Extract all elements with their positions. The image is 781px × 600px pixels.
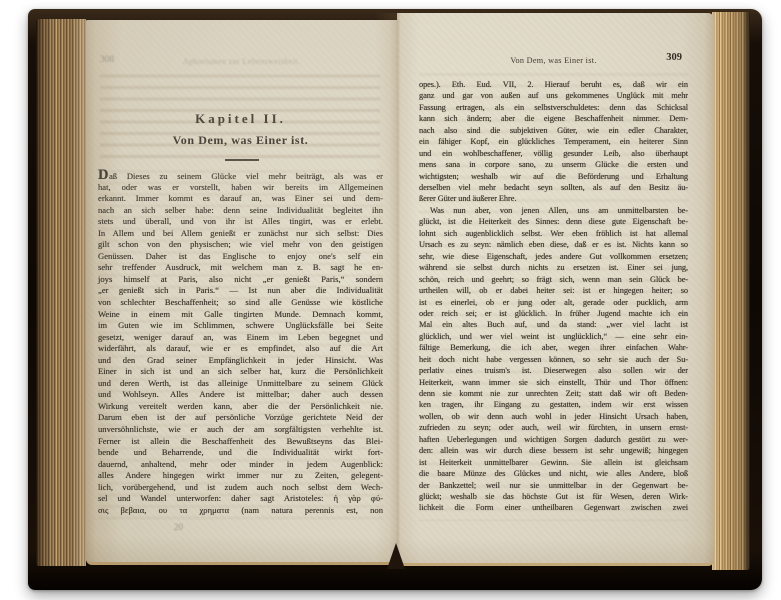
text-line: σις βεβαια, ου τα χρηματα (nam natura pe… xyxy=(98,505,383,517)
left-body-text: Daß Dieses zu seinem Glücke viel mehr be… xyxy=(98,170,383,516)
text-line: und ein wohlbeschaffener, völlig gesunde… xyxy=(419,148,688,159)
text-line: fältige Bemerkung, die ich aber, wegen i… xyxy=(419,342,688,353)
text-line: In Allem und bei Allem genießt er zunäch… xyxy=(98,228,383,240)
text-line: Daß Dieses zu seinem Glücke viel mehr be… xyxy=(98,170,383,182)
text-line: haften Ueberlegungen und wichtigen Sorge… xyxy=(419,434,688,445)
text-line: Mal ein altes Buch auf, und da stand: „w… xyxy=(419,319,688,330)
text-line: mens sana in corpore sano, zu unserm Glü… xyxy=(419,159,688,170)
text-line: urtheilen will, ob er dabei heiter sei: … xyxy=(419,285,688,296)
text-line: erkannt. Immer kommt es darauf an, was E… xyxy=(98,193,383,205)
left-page: 308 Aphorismen zur Lebensweisheit. Kapit… xyxy=(86,20,397,565)
text-line: ßerer Güter und äußerer Ehre. xyxy=(419,193,688,204)
text-line: ein fähiger Kopf, ein glückliches Temper… xyxy=(419,136,688,147)
text-line: derselben viel mehr bedacht seyn sollten… xyxy=(419,182,688,193)
text-line: lichkeit die Form einer untheilbaren Geg… xyxy=(419,502,688,513)
text-line: kann sich ändern; aber die eigene Bescha… xyxy=(419,113,688,124)
text-line: und den Grad seiner Empfänglichkeit in j… xyxy=(98,355,383,367)
text-line: der Bankzettel; weil nur sie unmittelbar… xyxy=(419,480,688,491)
text-line: Was nun aber, von jenen Allen, uns am un… xyxy=(419,205,688,216)
text-line: hat, oder was er vorstellt, haben wir be… xyxy=(98,182,383,194)
text-line: glückt, ist die Heiterkeit des Sinnes: d… xyxy=(419,216,688,227)
text-line: die baare Münze des Glückes und nicht, w… xyxy=(419,468,688,479)
text-line: glückt; weshalb sie das höchste Gut ist … xyxy=(419,491,688,502)
text-line: alles Andere hingegen wirkt immer nur zu… xyxy=(98,470,383,482)
text-line: Genüssen. Daher ist das Englische to enj… xyxy=(98,251,383,263)
text-line: glücklich, und wer viel weint ist unglüc… xyxy=(419,331,688,342)
text-line: ganz und gar von außen auf uns gekommene… xyxy=(419,90,688,101)
right-paragraph-2: Was nun aber, von jenen Allen, uns am un… xyxy=(419,205,688,514)
text-line: bende und Beharrende, und die Individual… xyxy=(98,447,383,459)
text-line: gilt schon von den physischen; wie viel … xyxy=(98,239,383,251)
text-line: perlativ eines truism's ist. Dieserwegen… xyxy=(419,365,688,376)
text-line: Ursach es zu seyn: nämlich eben diese, d… xyxy=(419,239,688,250)
text-line: „er genießt sich in Paris.“ — Ist nun ab… xyxy=(98,285,383,297)
book-photo: 308 Aphorismen zur Lebensweisheit. Kapit… xyxy=(0,0,781,600)
text-line: gesetzt, weniger darauf an, was Einem im… xyxy=(98,332,383,344)
text-line: Weine in einem mit Galle tingirten Munde… xyxy=(98,309,383,321)
chapter-subheading: Von Dem, was Einer ist. xyxy=(98,133,383,148)
text-line: im Guten wie im Schlimmen, schwere Unglü… xyxy=(98,320,383,332)
text-line: Ferner ist allein die Beschaffenheit des… xyxy=(98,436,383,448)
text-line: wichtigsten; weshalb wir auf die Beförde… xyxy=(419,171,688,182)
text-line: wollen, ob wir denn auch wohl in jeder H… xyxy=(419,411,688,422)
text-line: nach an sich selber habe: denn seine Ind… xyxy=(98,205,383,217)
text-line: denn sie kommt nie zur unrechten Zeit; s… xyxy=(419,388,688,399)
text-line: lich, vorübergehend, und ist zudem auch … xyxy=(98,482,383,494)
text-line: zufrieden zu seyn; oder auch, weil wir f… xyxy=(419,422,688,433)
text-line: den: allein was wir durch diese bessern … xyxy=(419,445,688,456)
signature-mark: 20 xyxy=(174,522,183,532)
text-line: opes.). Eth. Eud. VII, 2. Hierauf beruht… xyxy=(419,79,688,90)
text-line: Einer in sich ist und an sich selber hat… xyxy=(98,366,383,378)
text-line: ist es einerlei, ob er jung oder alt, ge… xyxy=(419,297,688,308)
right-running-head: Von Dem, was Einer ist. xyxy=(419,56,688,65)
right-paragraph-1: opes.). Eth. Eud. VII, 2. Hierauf beruht… xyxy=(419,79,688,205)
text-line: stets und überall, und von ihr ist Alles… xyxy=(98,216,383,228)
heading-rule xyxy=(225,159,259,161)
chapter-heading: Kapitel II. xyxy=(98,111,383,127)
text-line: ist Heiterkeit unmittelbarer Gewinn. Sie… xyxy=(419,457,688,468)
text-line: dauernd, anhaltend, mehr oder minder in … xyxy=(98,459,383,471)
text-line: von schlechter Beschaffenheit; so sind a… xyxy=(98,297,383,309)
text-line: ken tragen, ihr Eingang zu gestatten, in… xyxy=(419,399,688,410)
left-running-head: Aphorismen zur Lebensweisheit. xyxy=(86,57,397,66)
right-page: Von Dem, was Einer ist. 309 opes.). Eth.… xyxy=(397,13,714,566)
page-edges-left xyxy=(36,19,86,566)
text-line: oder reich sei; er ist glücklich. In frü… xyxy=(419,308,688,319)
text-line: Darum eben ist der auf persönliche Vorzü… xyxy=(98,412,383,424)
text-line: und deren Werth, ist das alleinige Unmit… xyxy=(98,378,383,390)
text-line: lohnt sich augenblicklich selbst. Wer eb… xyxy=(419,228,688,239)
text-line: schön, reich und geehrt; so frägt sich, … xyxy=(419,274,688,285)
text-line: während sie selbst durch nichts zu erset… xyxy=(419,262,688,273)
text-line: joys himself at Paris, also nicht „er ge… xyxy=(98,274,383,286)
text-line: sel und Wandel unterworfen: daher sagt A… xyxy=(98,493,383,505)
text-line: sehr treffender Ausdruck, mit welchem ma… xyxy=(98,262,383,274)
text-line: Fassung ertragen, als ein selbstverschul… xyxy=(419,102,688,113)
right-page-number: 309 xyxy=(666,52,682,63)
text-line: Wirkung vereitelt werden kann, aber die … xyxy=(98,401,383,413)
page-edges-right xyxy=(712,12,750,570)
text-line: nach also sind die subjektiven Güter, wi… xyxy=(419,125,688,136)
text-line: widerfährt, als darauf, wie er es empfin… xyxy=(98,343,383,355)
text-line: heit doch nicht habe vergessen können, s… xyxy=(419,354,688,365)
text-line: unversöhnlichste, wie er auch der am sor… xyxy=(98,424,383,436)
text-line: sehr, wie diese Eigenschaft, jedes ander… xyxy=(419,251,688,262)
text-line: Heiterkeit, wann immer sie sich einstell… xyxy=(419,377,688,388)
text-line: und Wohlseyn. Alles Andere ist mittelbar… xyxy=(98,389,383,401)
